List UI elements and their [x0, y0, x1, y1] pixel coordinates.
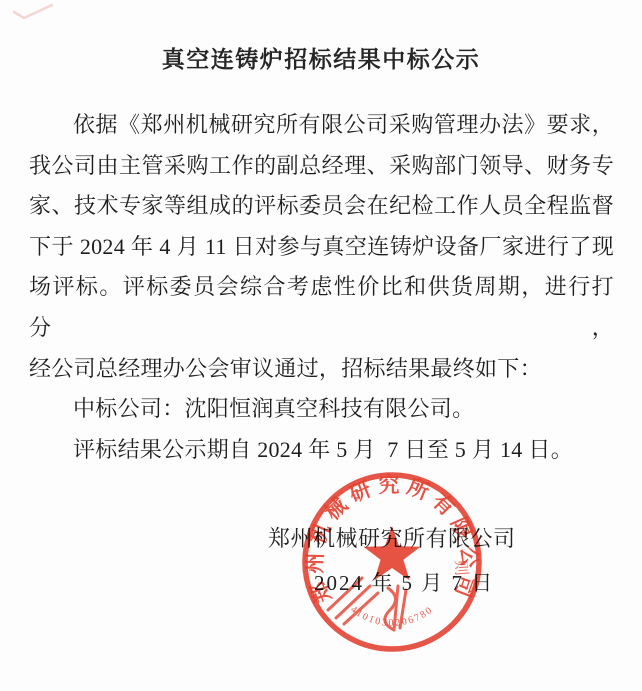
body-line: 家、技术专家等组成的评标委员会在纪检工作人员全程监督: [29, 186, 614, 227]
official-seal-icon: 郑州机械研究所有限公司 4101030206780 则: [290, 460, 498, 668]
body-line: 场评标。评标委员会综合考虑性价比和供货周期，进行打分，: [29, 267, 614, 348]
red-check-mark: [12, 2, 56, 22]
body-line: 经公司总经理办公会审议通过，招标结果最终如下：: [29, 349, 614, 390]
seal-inner-glyph: 则: [451, 559, 470, 577]
body-line: 中标公司：沈阳恒润真空科技有限公司。: [29, 389, 614, 430]
document-title: 真空连铸炉招标结果中标公示: [0, 41, 642, 74]
body-line: 下于 2024 年 4 月 11 日对参与真空连铸炉设备厂家进行了现: [29, 227, 614, 268]
document-page: 真空连铸炉招标结果中标公示 依据《郑州机械研究所有限公司采购管理办法》要求，我公…: [0, 0, 642, 691]
document-body: 依据《郑州机械研究所有限公司采购管理办法》要求，我公司由主管采购工作的副总经理、…: [29, 105, 614, 470]
star-icon: [364, 526, 421, 580]
body-line: 依据《郑州机械研究所有限公司采购管理办法》要求，: [29, 105, 614, 146]
body-line: 我公司由主管采购工作的副总经理、采购部门领导、财务专: [29, 146, 614, 187]
